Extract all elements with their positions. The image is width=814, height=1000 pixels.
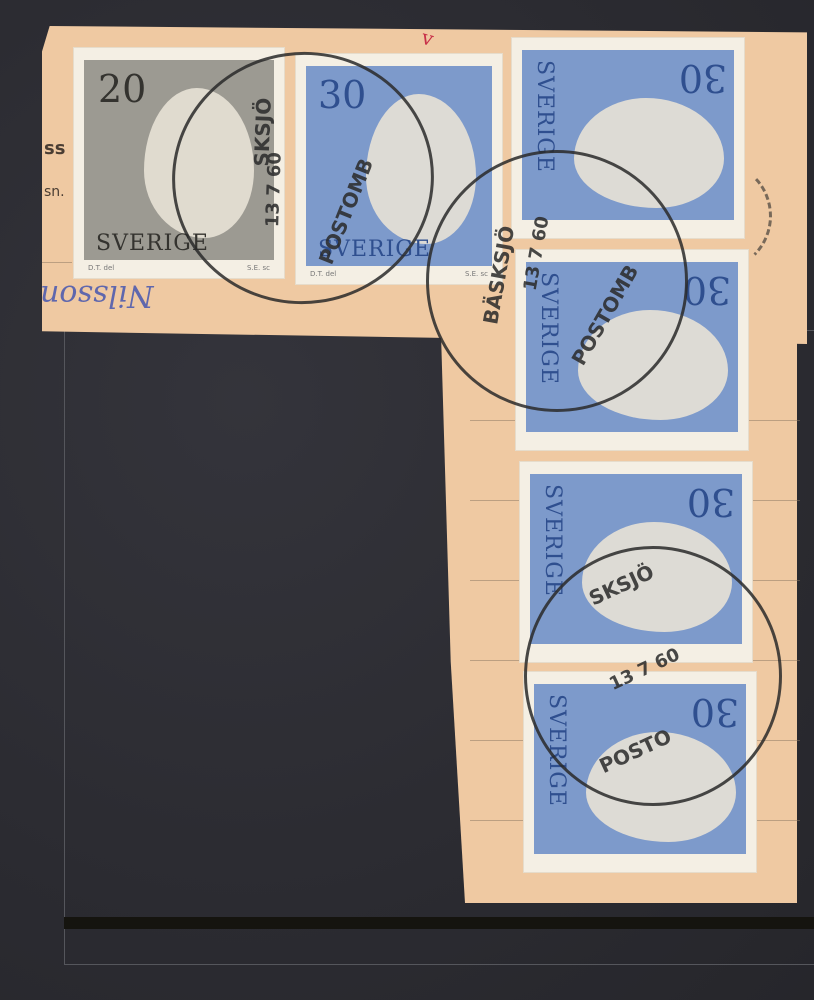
stamp-value: 30 <box>687 483 735 521</box>
form-rule <box>42 262 72 263</box>
postmark-cancel: BÄSKSJÖ POSTOMB 13 7 60 <box>426 150 688 412</box>
stamp-country: SVERIGE <box>540 484 565 597</box>
perforation <box>524 452 744 460</box>
stamp-imprint: D.T. del <box>88 264 114 272</box>
postmark-cancel: SKSJÖ POSTO 13 7 60 <box>524 546 782 806</box>
form-fragment: sn. <box>44 184 65 200</box>
handwritten-name: Nilsson <box>40 278 154 313</box>
stamp-value: 30 <box>679 59 727 97</box>
form-fragment: ss <box>44 138 65 159</box>
stamp-value: 30 <box>683 271 731 309</box>
mount-strip <box>64 917 814 929</box>
postmark-partial <box>660 160 772 272</box>
stamp-value: 20 <box>98 70 146 108</box>
